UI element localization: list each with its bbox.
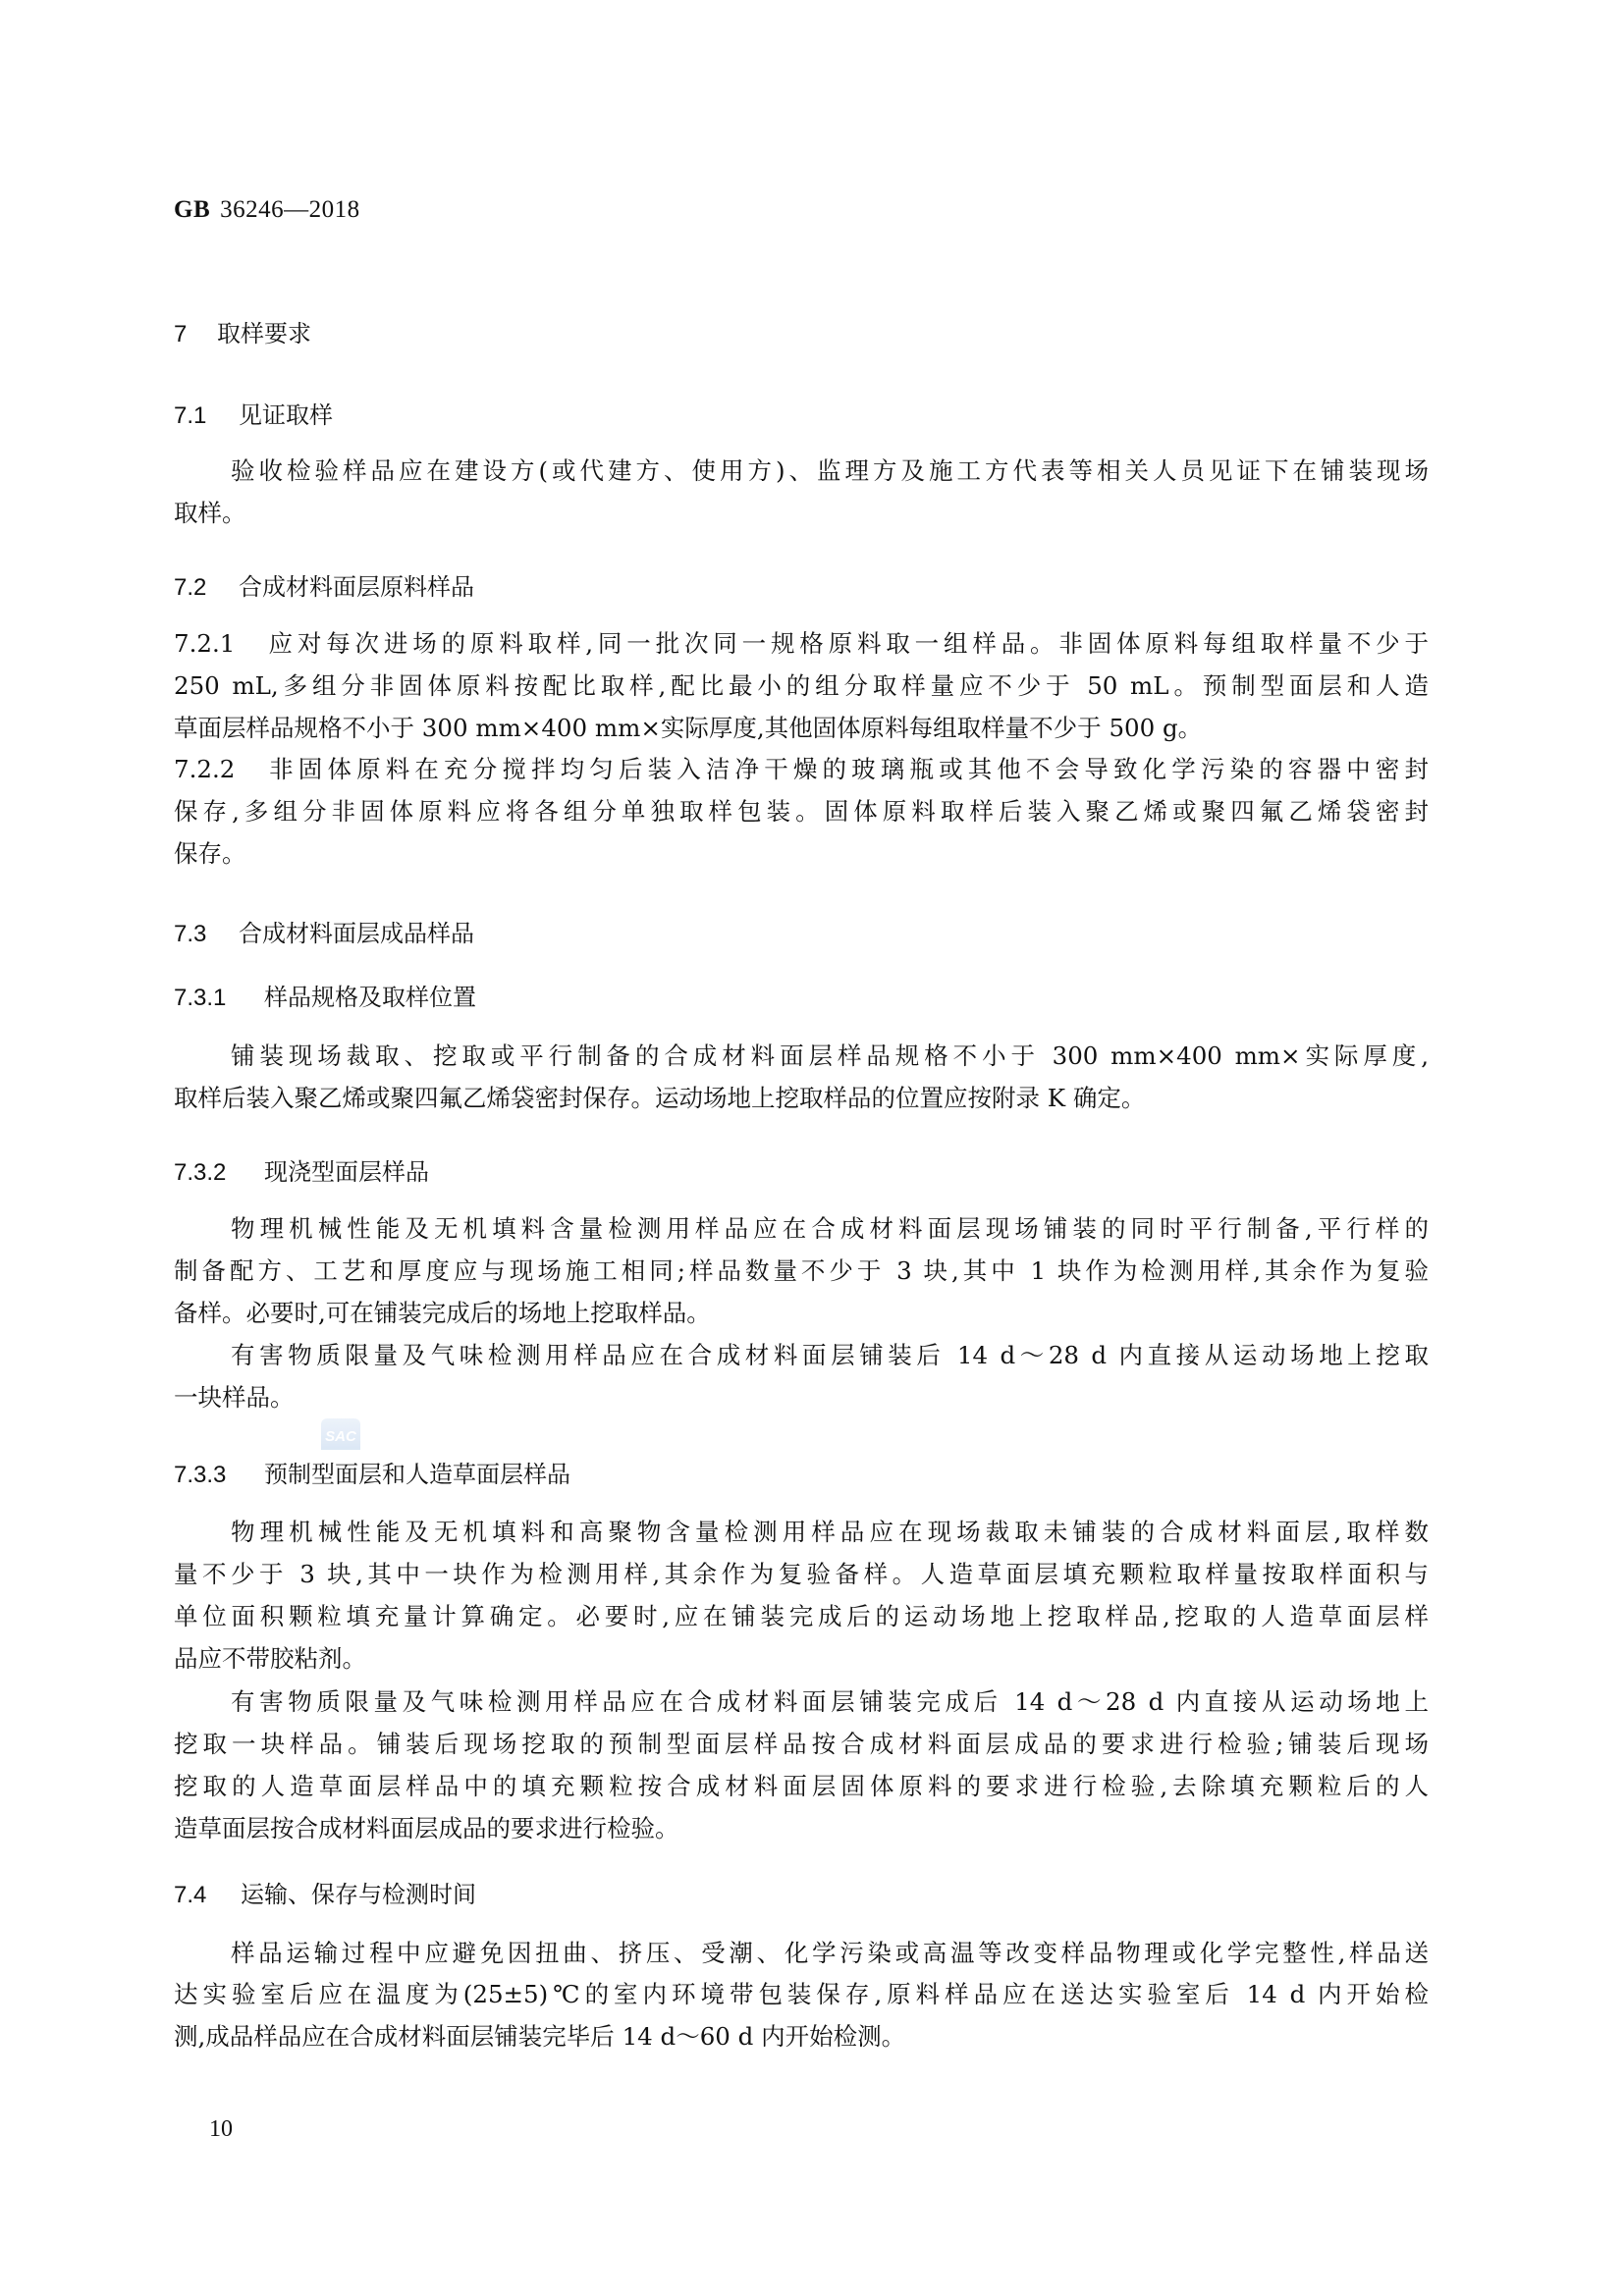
heading-title: 合成材料面层原料样品: [239, 573, 474, 601]
paragraph-line: 达实验室后应在温度为(25±5)℃的室内环境带包装保存,原料样品应在送达实验室后…: [174, 1980, 1429, 2009]
heading-7-3-1: 7.3.1样品规格及取样位置: [174, 978, 476, 1012]
paragraph-line: 验收检验样品应在建设方(或代建方、使用方)、监理方及施工方代表等相关人员见证下在…: [231, 456, 1429, 486]
paragraph-line: 7.2.2 非固体原料在充分搅拌均匀后装入洁净干燥的玻璃瓶或其他不会导致化学污染…: [174, 755, 1429, 784]
heading-title: 运输、保存与检测时间: [241, 1881, 476, 1908]
heading-number: 7.3.2: [174, 1159, 264, 1187]
paragraph-line: 量不少于 3 块,其中一块作为检测用样,其余作为复验备样。人造草面层填充颗粒取样…: [174, 1560, 1429, 1589]
paragraph-line: 7.2.1 应对每次进场的原料取样,同一批次同一规格原料取一组样品。非固体原料每…: [174, 629, 1429, 659]
heading-number: 7: [174, 321, 217, 348]
paragraph-line: 有害物质限量及气味检测用样品应在合成材料面层铺装完成后 14 d～28 d 内直…: [231, 1687, 1429, 1717]
heading-title: 见证取样: [239, 401, 333, 429]
heading-title: 现浇型面层样品: [264, 1158, 429, 1186]
paragraph-line: 品应不带胶粘剂。: [174, 1644, 1429, 1674]
heading-title: 预制型面层和人造草面层样品: [264, 1461, 570, 1488]
standard-prefix: GB: [174, 196, 210, 223]
heading-7-3: 7.3合成材料面层成品样品: [174, 914, 474, 948]
paragraph-line: 250 mL,多组分非固体原料按配比取样,配比最小的组分取样量应不少于 50 m…: [174, 671, 1429, 701]
heading-7-4: 7.4运输、保存与检测时间: [174, 1875, 476, 1909]
heading-number: 7.3.3: [174, 1462, 264, 1489]
heading-number: 7.3.1: [174, 985, 264, 1012]
paragraph-line: 取样后装入聚乙烯或聚四氟乙烯袋密封保存。运动场地上挖取样品的位置应按附录 K 确…: [174, 1084, 1429, 1113]
paragraph-line: 物理机械性能及无机填料和高聚物含量检测用样品应在现场裁取未铺装的合成材料面层,取…: [231, 1518, 1429, 1547]
paragraph-line: 保存,多组分非固体原料应将各组分单独取样包装。固体原料取样后装入聚乙烯或聚四氟乙…: [174, 797, 1429, 827]
sac-watermark-logo: SAC: [321, 1418, 360, 1450]
paragraph-line: 制备配方、工艺和厚度应与现场施工相同;样品数量不少于 3 块,其中 1 块作为检…: [174, 1256, 1429, 1286]
paragraph-line: 挖取的人造草面层样品中的填充颗粒按合成材料面层固体原料的要求进行检验,去除填充颗…: [174, 1772, 1429, 1801]
paragraph-line: 样品运输过程中应避免因扭曲、挤压、受潮、化学污染或高温等改变样品物理或化学完整性…: [231, 1939, 1429, 1968]
standard-number: 36246—2018: [220, 196, 360, 223]
paragraph-line: 备样。必要时,可在铺装完成后的场地上挖取样品。: [174, 1299, 1429, 1328]
heading-number: 7.3: [174, 921, 239, 948]
paragraph-line: 草面层样品规格不小于 300 mm×400 mm×实际厚度,其他固体原料每组取样…: [174, 714, 1429, 743]
paragraph-line: 铺装现场裁取、挖取或平行制备的合成材料面层样品规格不小于 300 mm×400 …: [231, 1041, 1429, 1071]
paragraph-line: 挖取一块样品。铺装后现场挖取的预制型面层样品按合成材料面层成品的要求进行检验;铺…: [174, 1730, 1429, 1759]
heading-number: 7.2: [174, 574, 239, 602]
paragraph-line: 取样。: [174, 499, 1429, 528]
paragraph-line: 保存。: [174, 839, 1429, 869]
paragraph-line: 造草面层按合成材料面层成品的要求进行检验。: [174, 1814, 1429, 1843]
heading-7-2: 7.2合成材料面层原料样品: [174, 567, 474, 602]
page-number: 10: [209, 2116, 233, 2143]
heading-title: 取样要求: [217, 320, 311, 347]
heading-number: 7.4: [174, 1882, 241, 1909]
heading-title: 样品规格及取样位置: [264, 984, 476, 1011]
paragraph-line: 测,成品样品应在合成材料面层铺装完毕后 14 d～60 d 内开始检测。: [174, 2022, 1429, 2052]
paragraph-line: 有害物质限量及气味检测用样品应在合成材料面层铺装后 14 d～28 d 内直接从…: [231, 1341, 1429, 1370]
heading-title: 合成材料面层成品样品: [239, 920, 474, 947]
heading-7-3-2: 7.3.2现浇型面层样品: [174, 1152, 429, 1187]
heading-7: 7取样要求: [174, 314, 311, 348]
heading-number: 7.1: [174, 402, 239, 430]
paragraph-line: 一块样品。: [174, 1383, 1429, 1413]
standard-code: GB36246—2018: [174, 196, 360, 224]
heading-7-3-3: 7.3.3预制型面层和人造草面层样品: [174, 1455, 570, 1489]
paragraph-line: 单位面积颗粒填充量计算确定。必要时,应在铺装完成后的运动场地上挖取样品,挖取的人…: [174, 1602, 1429, 1631]
paragraph-line: 物理机械性能及无机填料含量检测用样品应在合成材料面层现场铺装的同时平行制备,平行…: [231, 1214, 1429, 1244]
heading-7-1: 7.1见证取样: [174, 396, 333, 430]
